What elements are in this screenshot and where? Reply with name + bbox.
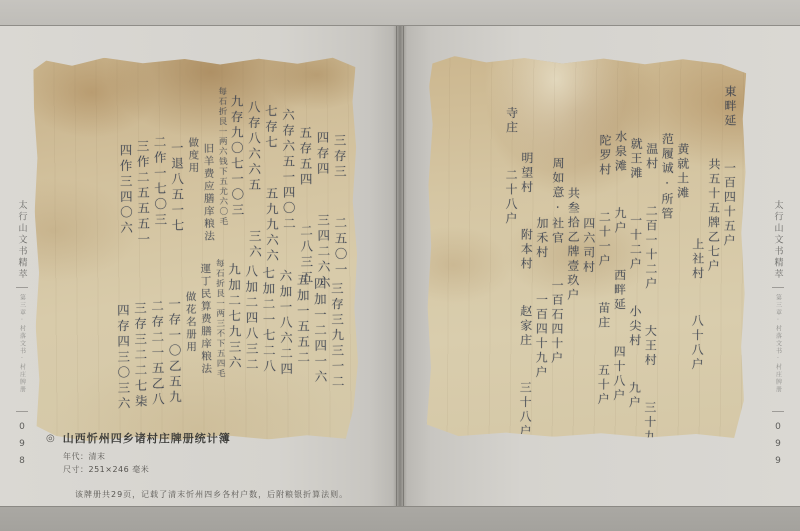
page-number-left: 098 <box>17 422 27 473</box>
manuscript-column: 四作三四〇六 <box>119 144 133 237</box>
manuscript-column: 就王滩 一十二户 小尖村 九户 <box>628 137 642 410</box>
manuscript-column: 寺庄 二十八户 <box>504 106 517 226</box>
manuscript-column: 周如意·社官 一百石四十户 <box>550 157 564 366</box>
manuscript-column: 旧羊费应膳庠粮法 <box>202 143 214 243</box>
manuscript-column: 五加一五五二 <box>296 273 310 366</box>
manuscript-column: 加禾村 一百四十九户 <box>534 217 548 381</box>
book-top-edge <box>0 0 800 26</box>
manuscript-column: 六加一八六二四 <box>279 269 293 378</box>
manuscript-column: 陀罗村 二十一户 苗庄 五十户 <box>597 134 611 407</box>
margin-divider <box>772 411 784 412</box>
manuscript-column: 九加二七九三六 <box>227 263 241 372</box>
manuscript-column: 做花名册用 <box>185 291 197 354</box>
right-margin-strip: 太行山文书精萃 第三章·村落文书·村庄牌册 099 <box>768 200 788 473</box>
left-manuscript-upper-columns: 三存三 二五〇一 四存四 三四二六六 五存五四 二八三五 六存六五一四〇二 七存… <box>42 76 348 274</box>
margin-divider <box>16 287 28 288</box>
manuscript-column: 做度用 <box>187 137 198 175</box>
manuscript-column: 明望村 附本村 赵家庄 三十八户 <box>518 152 533 439</box>
manuscript-column: 六存六五一四〇二 <box>281 108 295 232</box>
manuscript-column: 共叁拾乙牌壹玖户 <box>566 187 579 303</box>
manuscript-column: 温村 二百一十二户 大王村 三十九户 <box>643 142 658 438</box>
caption-block: ◎ 山西忻州四乡诸村庄牌册统计簿 年代：清末 尺寸：251×246 毫米 该牌册… <box>46 430 376 500</box>
manuscript-column: 每石折艮一两六钱下五尤六〇毛 <box>217 87 227 227</box>
manuscript-column: 四加一二四一六 <box>313 277 327 386</box>
manuscript-column: 三存三九三一二 <box>330 282 344 391</box>
manuscript-column: 每石折艮一两三不下五四毛 <box>214 259 224 379</box>
series-title-right: 太行山文书精萃 <box>772 200 785 281</box>
manuscript-column: 東畔延 一百四十五户 <box>722 85 736 249</box>
manuscript-column: 三存三二二七柒 <box>133 301 147 410</box>
manuscript-column: 八存八六六五 三六 <box>247 100 262 260</box>
chapter-label-right: 第三章·村落文书·村庄牌册 <box>774 294 783 394</box>
manuscript-column: 上社村 八十八户 <box>690 238 704 373</box>
caption-description: 该牌册共29页，记载了清末忻州四乡各村户数，后附粮银折算法则。 <box>75 489 376 500</box>
manuscript-column: 黄就土滩 <box>676 143 689 201</box>
manuscript-column: 一退八五一七 <box>170 141 184 234</box>
page-number-right: 099 <box>773 422 783 473</box>
manuscript-column: 七存七 五九九六六 <box>264 104 279 264</box>
right-manuscript-sheet: 東畔延 一百四十五户 共五十五牌乙七户 上社村 八十八户 黄就土滩 范履诚·所管… <box>427 56 747 438</box>
manuscript-column: 二存二一五乙八 <box>150 299 164 408</box>
book-spread-photo: 三存三 二五〇一 四存四 三四二六六 五存五四 二八三五 六存六五一四〇二 七存… <box>0 0 800 531</box>
book-bottom-edge <box>0 506 800 531</box>
series-title-left: 太行山文书精萃 <box>16 200 29 281</box>
caption-size: 尺寸：251×246 毫米 <box>63 464 376 476</box>
left-manuscript-lower-columns: 三存三九三一二 四加一二四一六 五加一五五二 六加一八六二四 七加二一七二八 八… <box>43 256 345 437</box>
manuscript-column: 四存四三〇三六 <box>116 304 130 413</box>
manuscript-column: 三作二五五五一 <box>136 139 150 248</box>
margin-divider <box>16 411 28 412</box>
chapter-label-left: 第三章·村落文书·村庄牌册 <box>18 294 27 394</box>
page-gutter <box>393 26 407 506</box>
right-manuscript-columns: 東畔延 一百四十五户 共五十五牌乙七户 上社村 八十八户 黄就土滩 范履诚·所管… <box>437 71 736 428</box>
caption-era: 年代：清末 <box>63 451 376 463</box>
manuscript-column: 運丁民算费膳庠粮法 <box>199 263 211 376</box>
left-margin-strip: 太行山文书精萃 第三章·村落文书·村庄牌册 098 <box>12 200 32 473</box>
manuscript-column: 九存九〇七一〇三 <box>230 95 244 219</box>
caption-title: 山西忻州四乡诸村庄牌册统计簿 <box>63 430 231 446</box>
manuscript-column: 八加二四八三二 <box>244 264 258 373</box>
left-manuscript-sheet: 三存三 二五〇一 四存四 三四二六六 五存五四 二八三五 六存六五一四〇二 七存… <box>33 56 358 442</box>
manuscript-column: 共五十五牌乙七户 <box>707 158 720 274</box>
manuscript-column: 范履诚·所管 <box>660 133 673 222</box>
manuscript-column: 水泉滩 九户 西畔延 四十八户 <box>612 130 626 403</box>
manuscript-column: 一存一〇乙五九 <box>167 297 181 406</box>
double-circle-icon: ◎ <box>46 433 55 444</box>
manuscript-column: 二作一七〇三 <box>153 135 167 228</box>
manuscript-column: 四六司村 <box>582 217 595 275</box>
manuscript-column: 七加二一七二八 <box>262 266 276 375</box>
margin-divider <box>772 287 784 288</box>
